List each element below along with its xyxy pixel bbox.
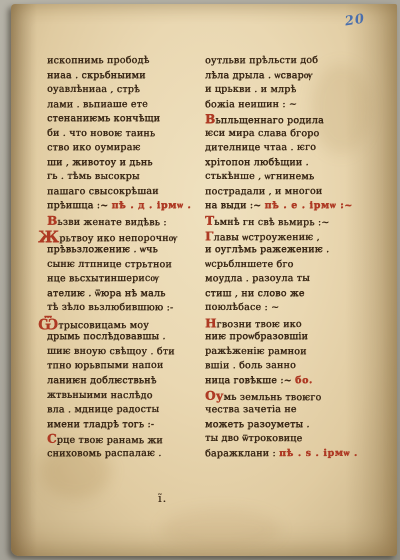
body-text: ты дво ѿтроковице	[205, 433, 302, 444]
text-line: прѣвьзложениѥ . ѡчь	[47, 243, 199, 258]
text-line: оутльви прѣльсти доб	[205, 54, 349, 69]
body-text: ланиѥн доблѥствьнѣ	[47, 375, 157, 386]
page-gutter-shadow	[11, 4, 37, 556]
rubric-text: пѣ . ѕ . ірмѡ .	[279, 447, 358, 458]
body-text: рьтвоу ико непорочнѹ	[59, 232, 177, 243]
text-line: сниховомь распалаѥ .	[47, 447, 199, 462]
text-line: би . что новоѥ таинь	[47, 126, 199, 141]
body-text: и оуглѣмь ражежениѥ .	[205, 244, 329, 255]
initial-letter: В	[47, 214, 57, 228]
body-text: би . что новоѥ таинь	[47, 127, 155, 138]
text-line: ница говѣкше :~ бо.	[205, 374, 349, 389]
body-text: прѣишца :~	[47, 200, 111, 211]
body-text: пострадали , и многои	[205, 186, 322, 197]
text-line: ты дво ѿтроковице	[205, 432, 349, 447]
body-text: чества зачетіа не	[205, 404, 297, 415]
initial-letter: Т	[205, 214, 214, 228]
initial-letter: С	[47, 432, 57, 446]
text-line: моудла . разоула ты	[205, 272, 349, 287]
body-text: лами . вьпиаше ете	[47, 99, 148, 110]
text-column-left: ископнимь прободѣниаа . скрьбныимиоуавлѣ…	[47, 54, 199, 461]
text-line: хрітопон любѣщии .	[205, 156, 349, 171]
text-line: Срце твоѥ ранамь жи	[47, 432, 199, 447]
text-line: Нгвозни твоѥ ико	[205, 316, 349, 331]
text-line: пострадали , и многои	[205, 185, 349, 200]
text-line: Оумь земльнь твоѥго	[205, 388, 349, 403]
ornate-initial-letter: Ж	[38, 227, 59, 246]
text-line: оуавлѣниаа , стрѣ	[47, 83, 199, 98]
body-text: лавы ѡстроужениѥ ,	[213, 231, 319, 242]
rubric-text: бо.	[295, 375, 313, 386]
text-line: ателиѥ . ѿюра нѣ маль	[47, 287, 199, 302]
body-text: вшіи . боль занно	[205, 360, 296, 371]
manuscript-page: 20 ископнимь прободѣниаа . скрьбныимиоуа…	[11, 4, 397, 556]
text-line: стенаниѥмь кончѣщи	[47, 112, 199, 127]
body-text: божіа неишин : ~	[205, 99, 297, 110]
body-text: ниаа . скрьбныими	[47, 70, 146, 81]
text-line: стькѣнше , ѡгнинемь	[205, 170, 349, 185]
body-text: ателиѥ . ѿюра нѣ маль	[47, 288, 165, 299]
text-line: сынѥ лтпнице стрьтнои	[47, 257, 199, 272]
text-line: вшіи . боль занно	[205, 359, 349, 374]
body-text: ство ико оумираѥ	[47, 142, 141, 153]
text-line: тѣ зѣло вьзлюбившюю :-	[47, 301, 199, 316]
text-line: и оуглѣмь ражежениѥ .	[205, 243, 349, 258]
text-line: нце вьсхытиншерисѹ	[47, 272, 199, 287]
body-text: имени тладрѣ тогь :-	[47, 419, 154, 430]
quire-mark: ĩ.	[158, 492, 167, 505]
text-line: ѥси мира слава бгоро	[205, 126, 349, 141]
text-line: Главы ѡстроужениѥ ,	[205, 228, 349, 243]
body-text: вла . мднице радосты	[47, 404, 159, 415]
body-text: ражѣженіѥ рамнои	[205, 346, 307, 357]
body-text: гвозни твоѥ ико	[217, 319, 302, 330]
body-text: ѡсрьблншете бго	[205, 258, 294, 269]
body-text: мь земльнь твоѥго	[224, 391, 322, 402]
text-line: Тьмнѣ гн свѣ вьмирь :~	[205, 214, 349, 229]
body-text: моудла . разоула ты	[205, 273, 310, 284]
body-text: ниѥ проѡбразовшіи	[205, 331, 308, 342]
text-line: Ѿтрысовицамь моу	[47, 316, 199, 331]
text-line: вла . мднице радосты	[47, 403, 199, 418]
body-text: сниховомь распалаѥ .	[47, 448, 161, 459]
text-line: лами . вьпиаше ете	[47, 97, 199, 112]
body-text: хрітопон любѣщии .	[205, 157, 309, 168]
text-line: ископнимь прободѣ	[47, 54, 199, 69]
text-line: на выди :~ пѣ . е . ірмѡ :~	[205, 199, 349, 214]
initial-letter: Оу	[205, 388, 224, 402]
body-text: стенаниѥмь кончѣщи	[47, 113, 160, 124]
body-text: дителнице чтаа . ѥго	[205, 142, 316, 153]
body-text: ши , животоу и дьнь	[47, 157, 153, 168]
body-text: ьмнѣ гн свѣ вьмирь :~	[214, 217, 329, 229]
body-text: рце твоѥ ранамь жи	[57, 435, 163, 446]
text-line: ство ико оумираѥ	[47, 141, 199, 156]
initial-letter: В	[205, 112, 215, 126]
text-line: стиш , ни слово же	[205, 287, 349, 302]
body-text: поюлѣбасе : ~	[205, 302, 279, 313]
body-text: гь . тѣмь высокры	[47, 171, 140, 182]
body-text: ьпльщеннаго родила	[215, 115, 324, 126]
manuscript-photo: 20 ископнимь прободѣниаа . скрьбныимиоуа…	[0, 0, 400, 560]
body-text: трысовицамь моу	[58, 320, 149, 331]
initial-letter: Г	[205, 229, 214, 243]
text-line: ланиѥн доблѥствьнѣ	[47, 374, 199, 389]
text-line: и црькви . и млрѣ	[205, 83, 349, 98]
body-text: ѥси мира слава бгоро	[205, 127, 319, 138]
text-line: ражѣженіѥ рамнои	[205, 345, 349, 360]
text-line: ѡсрьблншете бго	[205, 257, 349, 272]
text-line: пашаго свысокрѣшаи	[47, 185, 199, 200]
text-line: ши , животоу и дьнь	[47, 156, 199, 171]
parchment-stain	[161, 509, 281, 549]
body-text: стькѣнше , ѡгнинемь	[205, 171, 314, 182]
body-text: шиѥ вноую свѣщоу . бти	[47, 346, 175, 358]
body-text: стиш , ни слово же	[205, 288, 305, 299]
initial-letter: Н	[205, 316, 217, 330]
body-text: дрымь послѣдовавшы .	[47, 331, 166, 342]
body-text: тѣ зѣло вьзлюбившюю :-	[47, 302, 173, 314]
text-line: дителнице чтаа . ѥго	[205, 141, 349, 156]
text-line: божіа неишин : ~	[205, 97, 349, 112]
text-line: дрымь послѣдовавшы .	[47, 330, 199, 345]
text-line: поюлѣбасе : ~	[205, 301, 349, 316]
text-line: лѣла дрыла . ѡсварѹ	[205, 69, 349, 84]
body-text: на выди :~	[205, 200, 265, 211]
body-text: и црькви . и млрѣ	[205, 84, 296, 95]
text-line: можеть разоуметы .	[205, 418, 349, 433]
text-line: имени тладрѣ тогь :-	[47, 418, 199, 433]
body-text: можеть разоуметы .	[205, 419, 310, 430]
body-text: сынѥ лтпнице стрьтнои	[47, 258, 172, 270]
body-text: лѣла дрыла . ѡсварѹ	[205, 70, 312, 81]
text-line: прѣишца :~ пѣ . д . ірмѡ .	[47, 199, 199, 214]
text-line: ниѥ проѡбразовшіи	[205, 330, 349, 345]
text-line: баражклани : пѣ . ѕ . ірмѡ .	[205, 447, 349, 462]
body-text: оуавлѣниаа , стрѣ	[47, 84, 140, 95]
body-text: ница говѣкше :~	[205, 375, 295, 386]
folio-number: 20	[344, 12, 366, 30]
text-line: Жрьтвоу ико непорочнѹ	[47, 228, 199, 243]
text-line: чества зачетіа не	[205, 403, 349, 418]
body-text: прѣвьзложениѥ . ѡчь	[47, 244, 158, 255]
text-line: гь . тѣмь высокры	[47, 170, 199, 185]
text-line: жтвьныими наслѣдо	[47, 388, 199, 403]
text-line: тпно юрьвпыми напои	[47, 359, 199, 374]
rubric-text: пѣ . д . ірмѡ .	[111, 200, 191, 211]
text-column-right: оутльви прѣльсти доблѣла дрыла . ѡсварѹи…	[205, 54, 349, 461]
body-text: ископнимь прободѣ	[47, 55, 149, 66]
text-line: шиѥ вноую свѣщоу . бти	[47, 345, 199, 360]
body-text: оутльви прѣльсти доб	[205, 55, 318, 66]
text-line: ниаа . скрьбныими	[47, 69, 199, 84]
body-text: ьзви женате видѣвь :	[57, 217, 166, 228]
text-line: Вьпльщеннаго родила	[205, 112, 349, 127]
body-text: пашаго свысокрѣшаи	[47, 186, 159, 197]
body-text: баражклани :	[205, 448, 279, 459]
body-text: жтвьныими наслѣдо	[47, 389, 153, 400]
ornate-initial-letter: Ѿ	[38, 314, 58, 333]
text-line: Вьзви женате видѣвь :	[47, 214, 199, 229]
rubric-text: пѣ . е . ірмѡ :~	[265, 200, 353, 211]
body-text: тпно юрьвпыми напои	[47, 360, 163, 371]
body-text: нце вьсхытиншерисѹ	[47, 273, 159, 284]
